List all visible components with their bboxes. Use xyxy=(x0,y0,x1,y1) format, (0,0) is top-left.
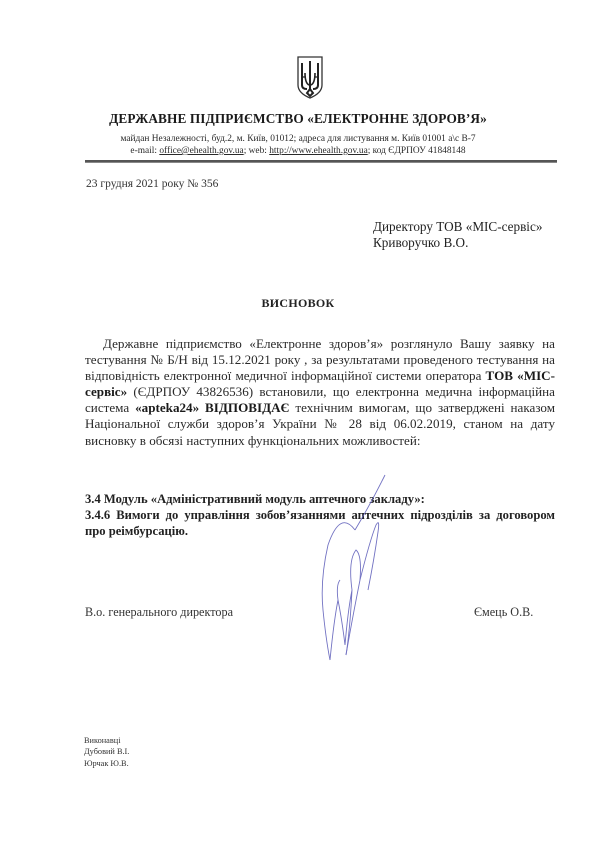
signer-position: В.о. генерального директора xyxy=(85,605,233,620)
email-link[interactable]: office@ehealth.gov.ua xyxy=(159,146,243,156)
executors-label: Виконавці xyxy=(84,735,129,746)
edrpou-code: ; код ЄДРПОУ 41848148 xyxy=(368,146,466,156)
web-link[interactable]: http://www.ehealth.gov.ua xyxy=(269,146,368,156)
conclusion-paragraph: Державне підприємство «Електронне здоров… xyxy=(85,336,555,449)
organization-address: майдан Незалежності, буд.2, м. Київ, 010… xyxy=(0,134,596,144)
email-label: e-mail: xyxy=(130,146,159,156)
organization-contacts: e-mail: office@ehealth.gov.ua; web: http… xyxy=(0,146,596,156)
handwritten-signature-icon xyxy=(290,470,450,670)
executors-block: Виконавці Дубовий В.І. Юрчак Ю.В. xyxy=(84,735,129,769)
web-label: ; web: xyxy=(244,146,270,156)
recipient-position: Директору ТОВ «МІС-сервіс» xyxy=(373,219,542,235)
header-divider xyxy=(85,160,557,163)
signer-name: Ємець О.В. xyxy=(474,605,533,620)
document-date-number: 23 грудня 2021 року № 356 xyxy=(86,178,218,190)
document-heading: ВИСНОВОК xyxy=(0,296,596,311)
body-text-part-1: Державне підприємство «Електронне здоров… xyxy=(85,336,555,383)
executor-name: Юрчак Ю.В. xyxy=(84,758,129,769)
trident-coat-of-arms-icon xyxy=(296,55,324,99)
executor-name: Дубовий В.І. xyxy=(84,746,129,757)
organization-name: ДЕРЖАВНЕ ПІДПРИЄМСТВО «ЕЛЕКТРОННЕ ЗДОРОВ… xyxy=(0,111,596,127)
system-verdict: «apteka24» ВІДПОВІДАЄ xyxy=(135,400,289,415)
recipient-block: Директору ТОВ «МІС-сервіс» Криворучко В.… xyxy=(373,219,542,251)
recipient-name: Криворучко В.О. xyxy=(373,235,542,251)
